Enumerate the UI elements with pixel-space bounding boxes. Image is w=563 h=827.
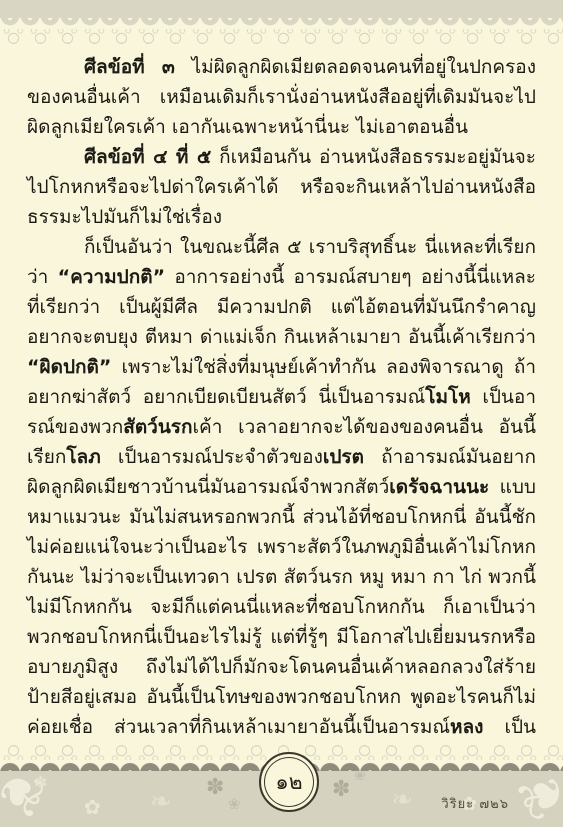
vine-icon: ❦ (508, 762, 563, 827)
top-ornamental-border (0, 0, 563, 46)
page-number: ๑๒ (275, 766, 302, 799)
paragraph: ศีลข้อที่ ๔ ที่ ๕ ก็เหมือนกัน อ่านหนังสื… (27, 142, 536, 232)
sprig-icon: ✽ (206, 777, 224, 799)
paragraph: ศีลข้อที่ ๓ ไม่ผิดลูกผิดเมียตลอดจนคนที่อ… (27, 52, 536, 142)
paragraph: ก็เป็นอันว่า ในขณะนี้ศีล ๕ เราบริสุทธิ์น… (27, 232, 536, 743)
page-text: ศีลข้อที่ ๓ ไม่ผิดลูกผิดเมียตลอดจนคนที่อ… (0, 46, 563, 743)
top-lace-row (0, 29, 563, 46)
top-scallop-lace (0, 18, 563, 29)
leaf-icon: ❧ (391, 787, 413, 813)
footer-credit: วิริยะ ๗๒๖ (441, 793, 509, 814)
sprig-icon: ✽ (332, 779, 350, 801)
sprig-icon: ✽ (34, 775, 47, 791)
book-page: ศีลข้อที่ ๓ ไม่ผิดลูกผิดเมียตลอดจนคนที่อ… (0, 0, 563, 827)
flower-icon: ✿ (84, 797, 101, 817)
leaf-icon: ❧ (150, 789, 172, 815)
top-band (0, 0, 563, 18)
blossom-icon: ❀ (354, 769, 366, 783)
blossom-icon: ❀ (228, 797, 241, 812)
page-number-badge: ๑๒ (259, 752, 319, 812)
